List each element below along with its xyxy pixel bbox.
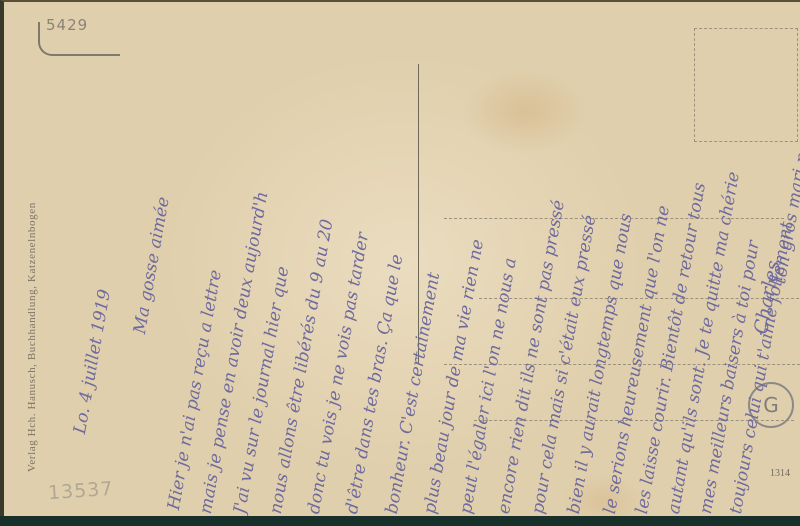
publisher-imprint: Verlag Hch. Hanusch, Buchhandlung, Katze… <box>26 82 42 472</box>
dateline: Lo. 4 juillet 1919 <box>70 288 115 436</box>
salutation: Ma gosse aimée <box>130 195 174 335</box>
print-number: 1314 <box>770 468 790 479</box>
scan-background-edge <box>0 516 800 526</box>
postcard-back: 5429 13537 Verlag Hch. Hanusch, Buchhand… <box>0 0 800 516</box>
stamp-box <box>694 28 798 142</box>
archive-number-top: 5429 <box>46 16 88 34</box>
archive-number-bottom: 13537 <box>47 478 114 505</box>
